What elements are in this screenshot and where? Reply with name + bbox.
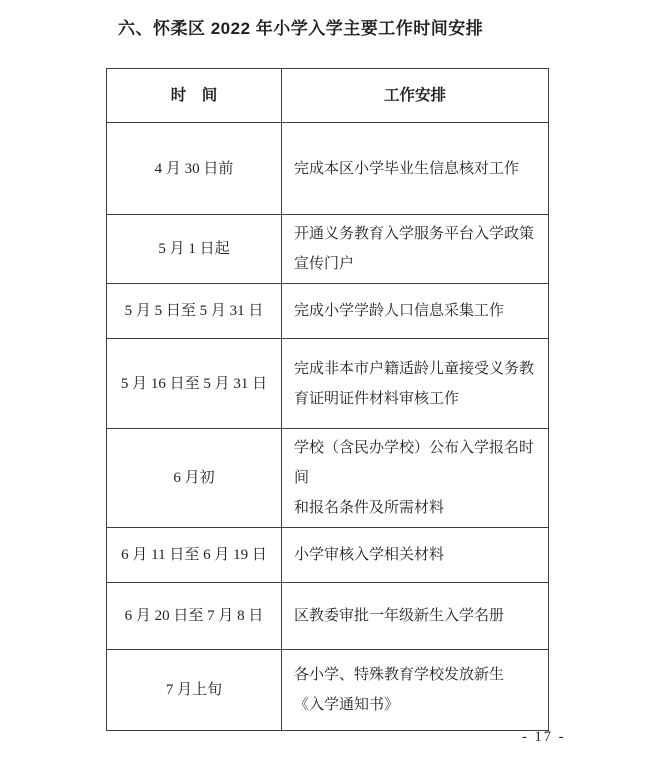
cell-task: 完成本区小学毕业生信息核对工作: [282, 123, 549, 215]
schedule-table: 时 间 工作安排 4 月 30 日前完成本区小学毕业生信息核对工作5 月 1 日…: [106, 68, 549, 731]
table-row: 5 月 5 日至 5 月 31 日完成小学学龄人口信息采集工作: [107, 284, 549, 339]
header-time: 时 间: [107, 69, 282, 123]
cell-task: 开通义务教育入学服务平台入学政策 宣传门户: [282, 215, 549, 284]
cell-time: 7 月上旬: [107, 650, 282, 731]
cell-time: 5 月 5 日至 5 月 31 日: [107, 284, 282, 339]
cell-time: 4 月 30 日前: [107, 123, 282, 215]
page-title: 六、怀柔区 2022 年小学入学主要工作时间安排: [118, 14, 483, 39]
table-row: 6 月初学校（含民办学校）公布入学报名时间 和报名条件及所需材料: [107, 429, 549, 528]
cell-time: 6 月 20 日至 7 月 8 日: [107, 583, 282, 650]
table-row: 5 月 16 日至 5 月 31 日完成非本市户籍适龄儿童接受义务教 育证明证件…: [107, 339, 549, 429]
page-number: - 17 -: [522, 729, 565, 746]
cell-task: 学校（含民办学校）公布入学报名时间 和报名条件及所需材料: [282, 429, 549, 528]
cell-time: 5 月 1 日起: [107, 215, 282, 284]
cell-time: 5 月 16 日至 5 月 31 日: [107, 339, 282, 429]
table-row: 5 月 1 日起开通义务教育入学服务平台入学政策 宣传门户: [107, 215, 549, 284]
cell-time: 6 月 11 日至 6 月 19 日: [107, 528, 282, 583]
cell-time: 6 月初: [107, 429, 282, 528]
table-header-row: 时 间 工作安排: [107, 69, 549, 123]
table-row: 4 月 30 日前完成本区小学毕业生信息核对工作: [107, 123, 549, 215]
cell-task: 小学审核入学相关材料: [282, 528, 549, 583]
header-task: 工作安排: [282, 69, 549, 123]
cell-task: 区教委审批一年级新生入学名册: [282, 583, 549, 650]
table-row: 7 月上旬各小学、特殊教育学校发放新生 《入学通知书》: [107, 650, 549, 731]
cell-task: 各小学、特殊教育学校发放新生 《入学通知书》: [282, 650, 549, 731]
cell-task: 完成小学学龄人口信息采集工作: [282, 284, 549, 339]
table-row: 6 月 20 日至 7 月 8 日区教委审批一年级新生入学名册: [107, 583, 549, 650]
cell-task: 完成非本市户籍适龄儿童接受义务教 育证明证件材料审核工作: [282, 339, 549, 429]
table-row: 6 月 11 日至 6 月 19 日小学审核入学相关材料: [107, 528, 549, 583]
